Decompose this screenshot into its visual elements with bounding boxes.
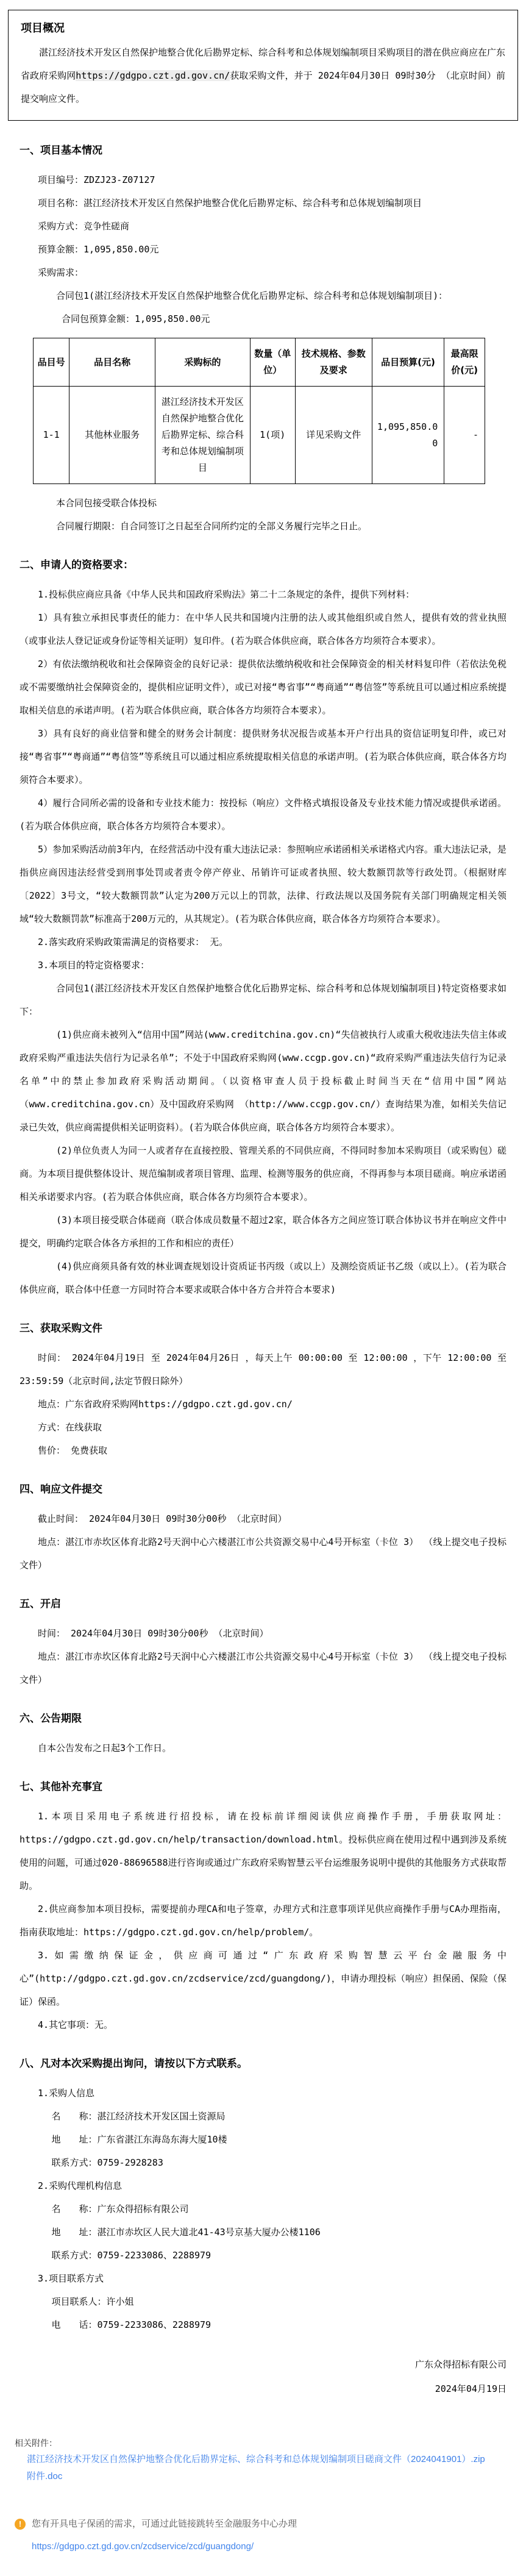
project-name: 项目名称：湛江经济技术开发区自然保护地整合优化后勘界定标、综合科考和总体规划编制…	[20, 191, 506, 215]
section-8-heading: 八、凡对本次采购提出询问，请按以下方式联系。	[20, 2052, 506, 2075]
attachments-section: 相关附件： 湛江经济技术开发区自然保护地整合优化后勘界定标、综合科考和总体规划编…	[15, 2435, 511, 2485]
signature-org: 广东众得招标有限公司	[20, 2352, 506, 2377]
opening-time: 时间： 2024年04月30日 09时30分00秒 （北京时间）	[20, 1622, 506, 1645]
cell-quantity: 1(项)	[250, 387, 295, 484]
financial-service-link[interactable]: https://gdgpo.czt.gd.gov.cn/zcdservice/z…	[32, 2541, 511, 2552]
signature-date: 2024年04月19日	[20, 2377, 506, 2401]
opening-place: 地点：湛江市赤坎区体育北路2号天润中心六楼湛江市公共资源交易中心4号开标室（卡位…	[20, 1645, 506, 1691]
joint-bid-note: 本合同包接受联合体投标	[20, 491, 506, 515]
doc-obtain-method: 方式：在线获取	[20, 1416, 506, 1439]
cell-item-no: 1-1	[34, 387, 69, 484]
attachment-zip-link[interactable]: 湛江经济技术开发区自然保护地整合优化后勘界定标、综合科考和总体规划编制项目磋商文…	[27, 2451, 511, 2468]
purchaser-contact: 联系方式：0759-2928283	[20, 2151, 506, 2174]
qualification-item-3: 3）具有良好的商业信誉和健全的财务会计制度：提供财务状况报告或基本开户行出具的资…	[20, 722, 506, 791]
agency-info-label: 2.采购代理机构信息	[20, 2174, 506, 2197]
supplement-item-3: 3.如需缴纳保证金，供应商可通过“广东政府采购智慧云平台金融服务中心”(http…	[20, 1944, 506, 2013]
specific-qualification-3: (3)本项目接受联合体磋商（联合体成员数量不超过2家，联合体各方之间应签订联合体…	[20, 1208, 506, 1255]
overview-intro-paragraph: 湛江经济技术开发区自然保护地整合优化后勘界定标、综合科考和总体规划编制项目采购项…	[21, 41, 505, 110]
purchaser-info-label: 1.采购人信息	[20, 2082, 506, 2105]
qualification-item-4: 4）履行合同所必需的设备和专业技术能力：按投标（响应）文件格式填报设备及专业技术…	[20, 791, 506, 838]
guarantee-notice: ! 您有开具电子保函的需求，可通过此链接跳转至金融服务中心办理 https://…	[15, 2517, 511, 2552]
section-1-heading: 一、项目基本情况	[20, 139, 506, 162]
col-budget: 品目预算(元)	[372, 338, 444, 387]
supplement-item-4: 4.其它事项：无。	[20, 2013, 506, 2036]
guarantee-notice-text: 您有开具电子保函的需求，可通过此链接跳转至金融服务中心办理	[32, 2517, 297, 2531]
col-quantity: 数量（单位）	[250, 338, 295, 387]
doc-obtain-time: 时间： 2024年04月19日 至 2024年04月26日 ，每天上午 00:0…	[20, 1346, 506, 1393]
purchaser-name: 名 称：湛江经济技术开发区国土资源局	[20, 2105, 506, 2128]
specific-qualification-label: 3.本项目的特定资格要求：	[20, 954, 506, 977]
qualification-intro: 1.投标供应商应具备《中华人民共和国政府采购法》第二十二条规定的条件，提供下列材…	[20, 583, 506, 606]
supplement-item-1: 1.本项目采用电子系统进行招投标，请在投标前详细阅读供应商操作手册，手册获取网址…	[20, 1805, 506, 1897]
contract-package-title: 合同包1(湛江经济技术开发区自然保护地整合优化后勘界定标、综合科考和总体规划编制…	[20, 284, 506, 307]
project-contact-phone: 电 话：0759-2233086、2288979	[20, 2313, 506, 2336]
qualification-item-1: 1）具有独立承担民事责任的能力：在中华人民共和国境内注册的法人或其他组织或自然人…	[20, 606, 506, 652]
procurement-demand-label: 采购需求：	[20, 261, 506, 284]
cell-target: 湛江经济技术开发区自然保护地整合优化后勘界定标、综合科考和总体规划编制项目	[155, 387, 251, 484]
project-contact-person: 项目联系人：许小姐	[20, 2290, 506, 2313]
col-item-name: 品目名称	[69, 338, 155, 387]
announcement-period: 自本公告发布之日起3个工作日。	[20, 1736, 506, 1760]
section-5-heading: 五、开启	[20, 1593, 506, 1616]
cell-item-name: 其他林业服务	[69, 387, 155, 484]
col-price-cap: 最高限价(元)	[444, 338, 485, 387]
procurement-announcement-document: 项目概况 湛江经济技术开发区自然保护地整合优化后勘界定标、综合科考和总体规划编制…	[0, 0, 526, 2401]
specific-qualification-4: (4)供应商须具备有效的林业调查规划设计资质证书丙级（或以上）及测绘资质证书乙级…	[20, 1255, 506, 1301]
section-4-heading: 四、响应文件提交	[20, 1478, 506, 1501]
doc-obtain-place: 地点：广东省政府采购网https://gdgpo.czt.gd.gov.cn/	[20, 1393, 506, 1416]
project-number: 项目编号：ZDZJ23-Z07127	[20, 168, 506, 191]
project-overview-box: 项目概况 湛江经济技术开发区自然保护地整合优化后勘界定标、综合科考和总体规划编制…	[8, 10, 518, 121]
doc-obtain-price: 售价： 免费获取	[20, 1439, 506, 1462]
qualification-item-5: 5）参加采购活动前3年内，在经营活动中没有重大违法记录：参照响应承诺函相关承诺格…	[20, 838, 506, 930]
agency-name: 名 称：广东众得招标有限公司	[20, 2197, 506, 2221]
section-6-heading: 六、公告期限	[20, 1707, 506, 1730]
section-2-heading: 二、申请人的资格要求：	[20, 554, 506, 577]
warning-icon: !	[15, 2519, 26, 2530]
procurement-site-url: https://gdgpo.czt.gd.gov.cn/	[76, 70, 230, 81]
section-7-heading: 七、其他补充事宜	[20, 1775, 506, 1799]
agency-address: 地 址：湛江市赤坎区人民大道北41-43号京基大厦办公楼1106	[20, 2221, 506, 2244]
overview-title: 项目概况	[21, 16, 505, 41]
specific-qualification-2: (2)单位负责人为同一人或者存在直接控股、管理关系的不同供应商，不得同时参加本采…	[20, 1139, 506, 1208]
submission-place: 地点：湛江市赤坎区体育北路2号天润中心六楼湛江市公共资源交易中心4号开标室（卡位…	[20, 1530, 506, 1577]
project-contact-label: 3.项目联系方式	[20, 2267, 506, 2290]
contract-package-budget: 合同包预算金额：1,095,850.00元	[20, 307, 506, 330]
col-item-no: 品目号	[34, 338, 69, 387]
procurement-method: 采购方式：竞争性磋商	[20, 215, 506, 238]
table-row: 1-1 其他林业服务 湛江经济技术开发区自然保护地整合优化后勘界定标、综合科考和…	[34, 387, 485, 484]
purchaser-address: 地 址：广东省湛江东海岛东海大厦10楼	[20, 2128, 506, 2151]
guarantee-notice-row: ! 您有开具电子保函的需求，可通过此链接跳转至金融服务中心办理	[15, 2517, 511, 2531]
agency-contact: 联系方式：0759-2233086、2288979	[20, 2244, 506, 2267]
signature-block: 广东众得招标有限公司 2024年04月19日	[20, 2352, 506, 2401]
cell-price-cap: -	[444, 387, 485, 484]
col-target: 采购标的	[155, 338, 251, 387]
budget-amount: 预算金额：1,095,850.00元	[20, 238, 506, 261]
supplement-item-2: 2.供应商参加本项目投标，需要提前办理CA和电子签章，办理方式和注意事项详见供应…	[20, 1897, 506, 1944]
specific-qualification-intro: 合同包1(湛江经济技术开发区自然保护地整合优化后勘界定标、综合科考和总体规划编制…	[20, 977, 506, 1023]
attachments-label: 相关附件：	[15, 2435, 511, 2451]
section-3-heading: 三、获取采购文件	[20, 1317, 506, 1340]
cell-spec: 详见采购文件	[295, 387, 372, 484]
cell-budget: 1,095,850.00	[372, 387, 444, 484]
contract-duration: 合同履行期限：自合同签订之日起至合同所约定的全部义务履行完毕之日止。	[20, 515, 506, 538]
items-table: 品目号 品目名称 采购标的 数量（单位） 技术规格、参数及要求 品目预算(元) …	[33, 338, 485, 484]
submission-deadline: 截止时间： 2024年04月30日 09时30分00秒 （北京时间）	[20, 1507, 506, 1530]
items-table-header-row: 品目号 品目名称 采购标的 数量（单位） 技术规格、参数及要求 品目预算(元) …	[34, 338, 485, 387]
page-footer: 相关附件： 湛江经济技术开发区自然保护地整合优化后勘界定标、综合科考和总体规划编…	[0, 2401, 526, 2576]
policy-qualification: 2.落实政府采购政策需满足的资格要求： 无。	[20, 930, 506, 954]
specific-qualification-1: (1)供应商未被列入“信用中国”网站(www.creditchina.gov.c…	[20, 1023, 506, 1139]
col-spec: 技术规格、参数及要求	[295, 338, 372, 387]
attachment-doc-link[interactable]: 附件.doc	[27, 2468, 511, 2485]
qualification-item-2: 2）有依法缴纳税收和社会保障资金的良好记录：提供依法缴纳税收和社会保障资金的相关…	[20, 652, 506, 722]
